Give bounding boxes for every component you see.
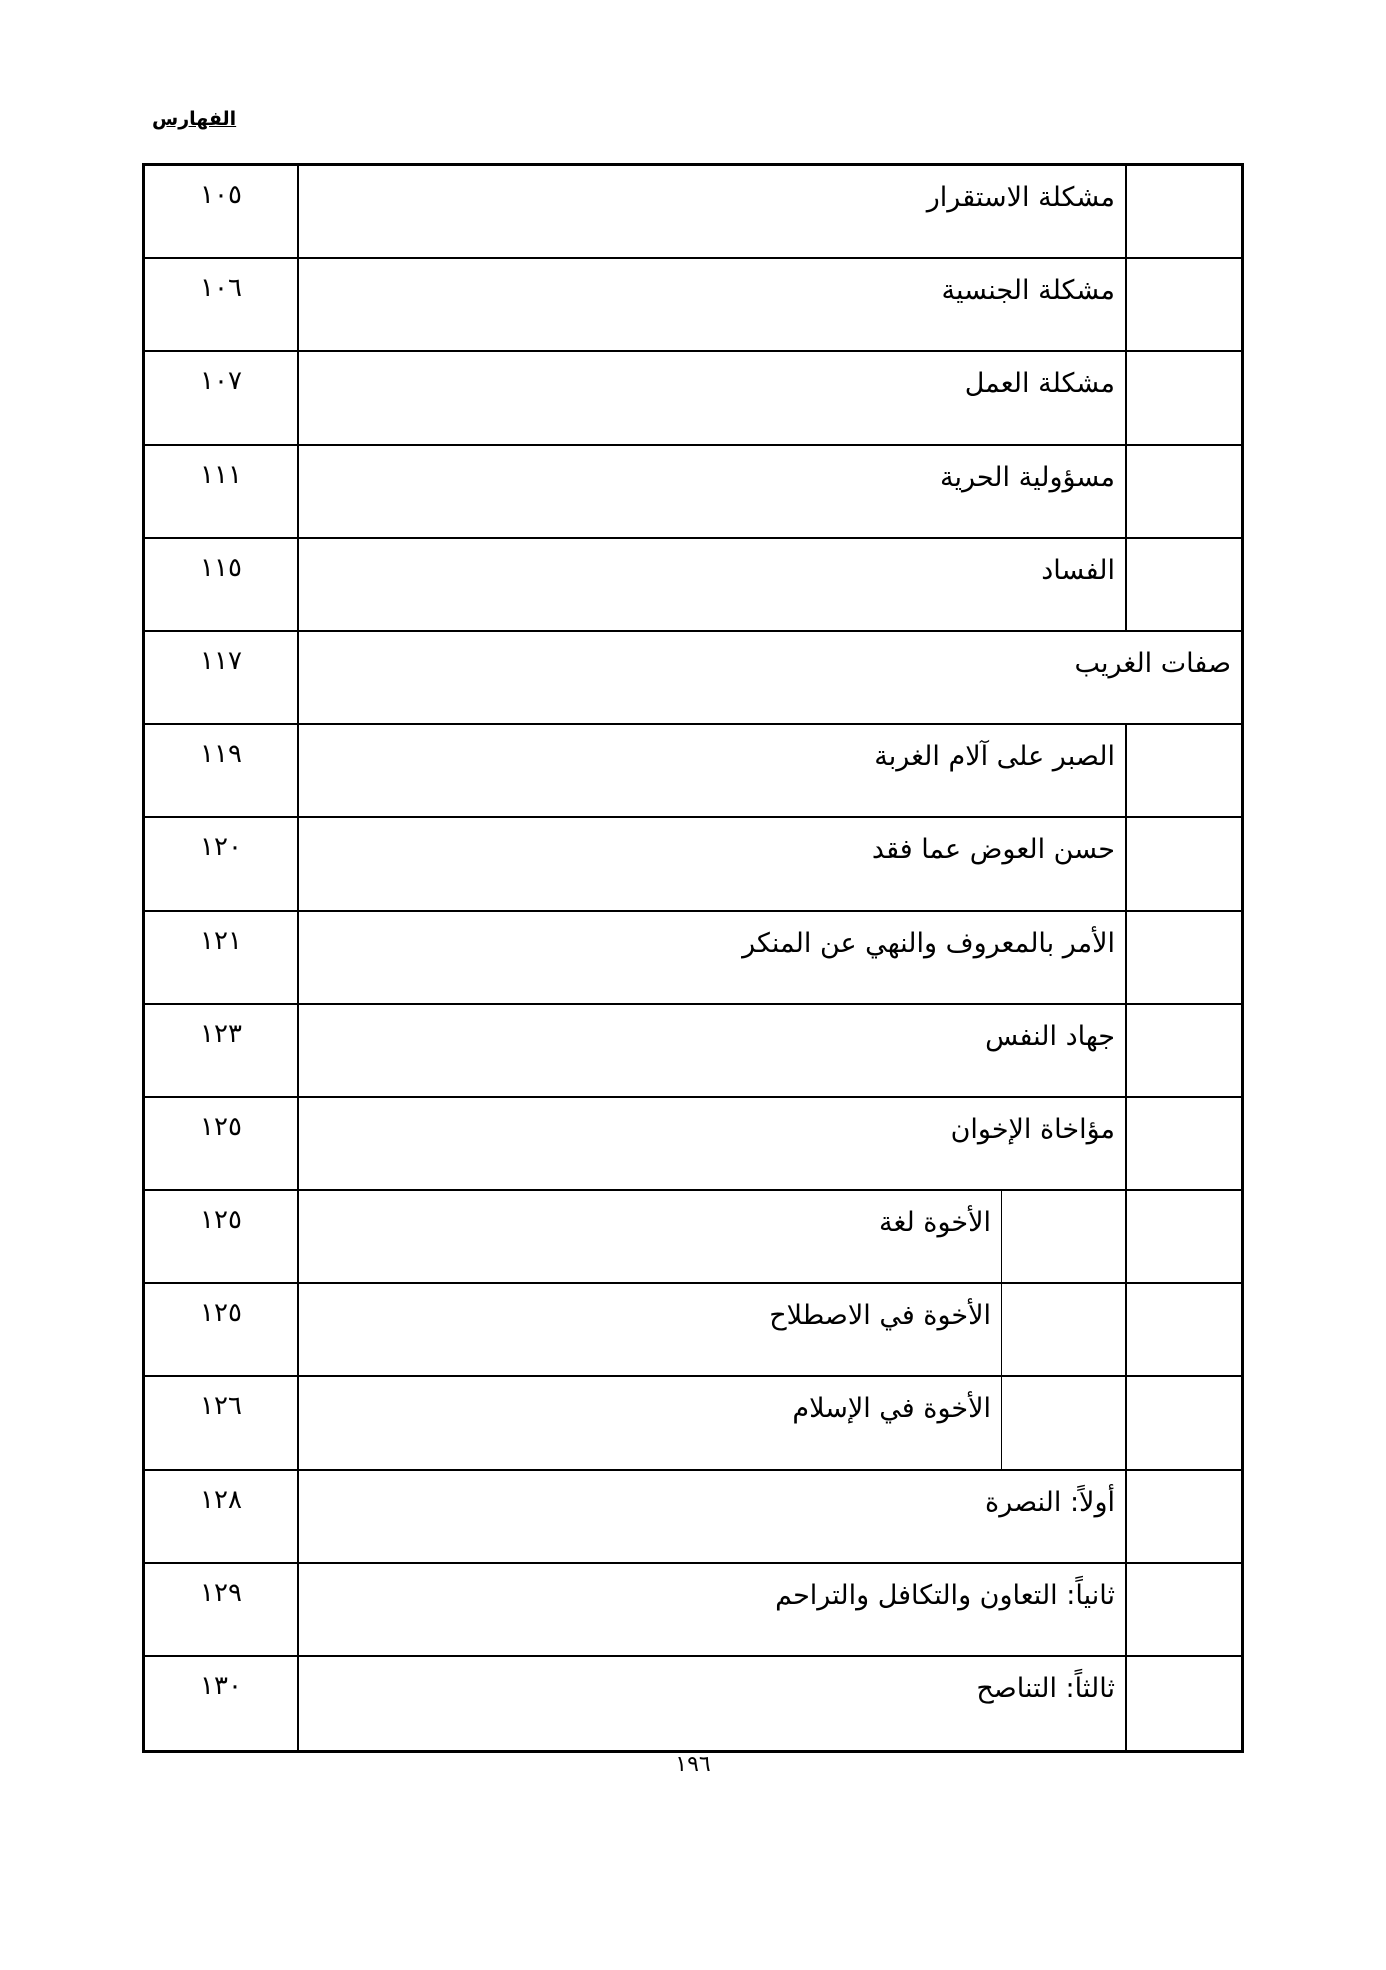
toc-row: ١٢٦الأخوة في الإسلام — [145, 1377, 1241, 1470]
toc-page-number: ١٠٦ — [145, 259, 299, 350]
table-of-contents: ١٠٥مشكلة الاستقرار١٠٦مشكلة الجنسية١٠٧مشك… — [142, 163, 1244, 1753]
toc-page-number: ١٢٥ — [145, 1098, 299, 1189]
toc-page-number: ١٢٣ — [145, 1005, 299, 1096]
toc-row: ١٢٣جهاد النفس — [145, 1005, 1241, 1098]
toc-page-number: ١١١ — [145, 446, 299, 537]
indent-cell — [1125, 1191, 1241, 1282]
indent-cell — [1125, 725, 1241, 816]
toc-entry-title: الأمر بالمعروف والنهي عن المنكر — [299, 912, 1125, 1003]
toc-row: ١٠٥مشكلة الاستقرار — [145, 166, 1241, 259]
toc-page-number: ١٢١ — [145, 912, 299, 1003]
toc-page-number: ١١٧ — [145, 632, 299, 723]
indent-cell — [1125, 259, 1241, 350]
indent-cell — [1125, 1377, 1241, 1468]
indent-cell — [1125, 1471, 1241, 1562]
toc-row: ١٢٥الأخوة لغة — [145, 1191, 1241, 1284]
indent-cell — [1125, 1005, 1241, 1096]
toc-row: ١٢٨أولاً: النصرة — [145, 1471, 1241, 1564]
toc-row: ١١١مسؤولية الحرية — [145, 446, 1241, 539]
toc-page-number: ١٢٥ — [145, 1191, 299, 1282]
indent-cell — [1125, 446, 1241, 537]
indent-cell — [1125, 1284, 1241, 1375]
toc-entry-title: الصبر على آلام الغربة — [299, 725, 1125, 816]
toc-page-number: ١١٩ — [145, 725, 299, 816]
indent-cell — [1125, 912, 1241, 1003]
toc-entry-title: ثانياً: التعاون والتكافل والتراحم — [299, 1564, 1125, 1655]
toc-page-number: ١٢٩ — [145, 1564, 299, 1655]
indent-cell — [1001, 1191, 1125, 1282]
toc-entry-title: مشكلة الجنسية — [299, 259, 1125, 350]
toc-row: ١٢٥الأخوة في الاصطلاح — [145, 1284, 1241, 1377]
toc-entry-title: مشكلة الاستقرار — [299, 166, 1125, 257]
toc-entry-title: جهاد النفس — [299, 1005, 1125, 1096]
toc-page-number: ١٢٠ — [145, 818, 299, 909]
indent-cell — [1125, 1098, 1241, 1189]
indent-cell — [1125, 818, 1241, 909]
toc-row: ١١٥الفساد — [145, 539, 1241, 632]
toc-entry-title: مشكلة العمل — [299, 352, 1125, 443]
toc-row: ١١٧صفات الغريب — [145, 632, 1241, 725]
toc-page-number: ١٢٨ — [145, 1471, 299, 1562]
toc-page-number: ١٣٠ — [145, 1657, 299, 1750]
toc-page-number: ١١٥ — [145, 539, 299, 630]
toc-entry-title: حسن العوض عما فقد — [299, 818, 1125, 909]
toc-page-number: ١٢٥ — [145, 1284, 299, 1375]
toc-row: ١٠٦مشكلة الجنسية — [145, 259, 1241, 352]
toc-row: ١١٩الصبر على آلام الغربة — [145, 725, 1241, 818]
indent-cell — [1001, 1284, 1125, 1375]
toc-page-number: ١٠٥ — [145, 166, 299, 257]
indent-cell — [1125, 352, 1241, 443]
toc-row: ١٢١الأمر بالمعروف والنهي عن المنكر — [145, 912, 1241, 1005]
toc-entry-title: مؤاخاة الإخوان — [299, 1098, 1125, 1189]
indent-cell — [1001, 1377, 1125, 1468]
toc-entry-title: ثالثاً: التناصح — [299, 1657, 1125, 1750]
toc-entry-title: الفساد — [299, 539, 1125, 630]
toc-row: ١٢٥مؤاخاة الإخوان — [145, 1098, 1241, 1191]
toc-entry-title: صفات الغريب — [299, 632, 1241, 723]
toc-row: ١٢٩ثانياً: التعاون والتكافل والتراحم — [145, 1564, 1241, 1657]
toc-page-number: ١٢٦ — [145, 1377, 299, 1468]
indent-cell — [1125, 539, 1241, 630]
toc-entry-title: الأخوة في الإسلام — [299, 1377, 1001, 1468]
indent-cell — [1125, 1564, 1241, 1655]
toc-entry-title: أولاً: النصرة — [299, 1471, 1125, 1562]
toc-page-number: ١٠٧ — [145, 352, 299, 443]
toc-entry-title: الأخوة لغة — [299, 1191, 1001, 1282]
indent-cell — [1125, 166, 1241, 257]
indent-cell — [1125, 1657, 1241, 1750]
toc-row: ١٣٠ثالثاً: التناصح — [145, 1657, 1241, 1750]
toc-entry-title: مسؤولية الحرية — [299, 446, 1125, 537]
page-number: ١٩٦ — [0, 1752, 1386, 1777]
toc-row: ١٠٧مشكلة العمل — [145, 352, 1241, 445]
toc-entry-title: الأخوة في الاصطلاح — [299, 1284, 1001, 1375]
toc-row: ١٢٠حسن العوض عما فقد — [145, 818, 1241, 911]
running-header-title: الفهارس — [152, 108, 236, 130]
